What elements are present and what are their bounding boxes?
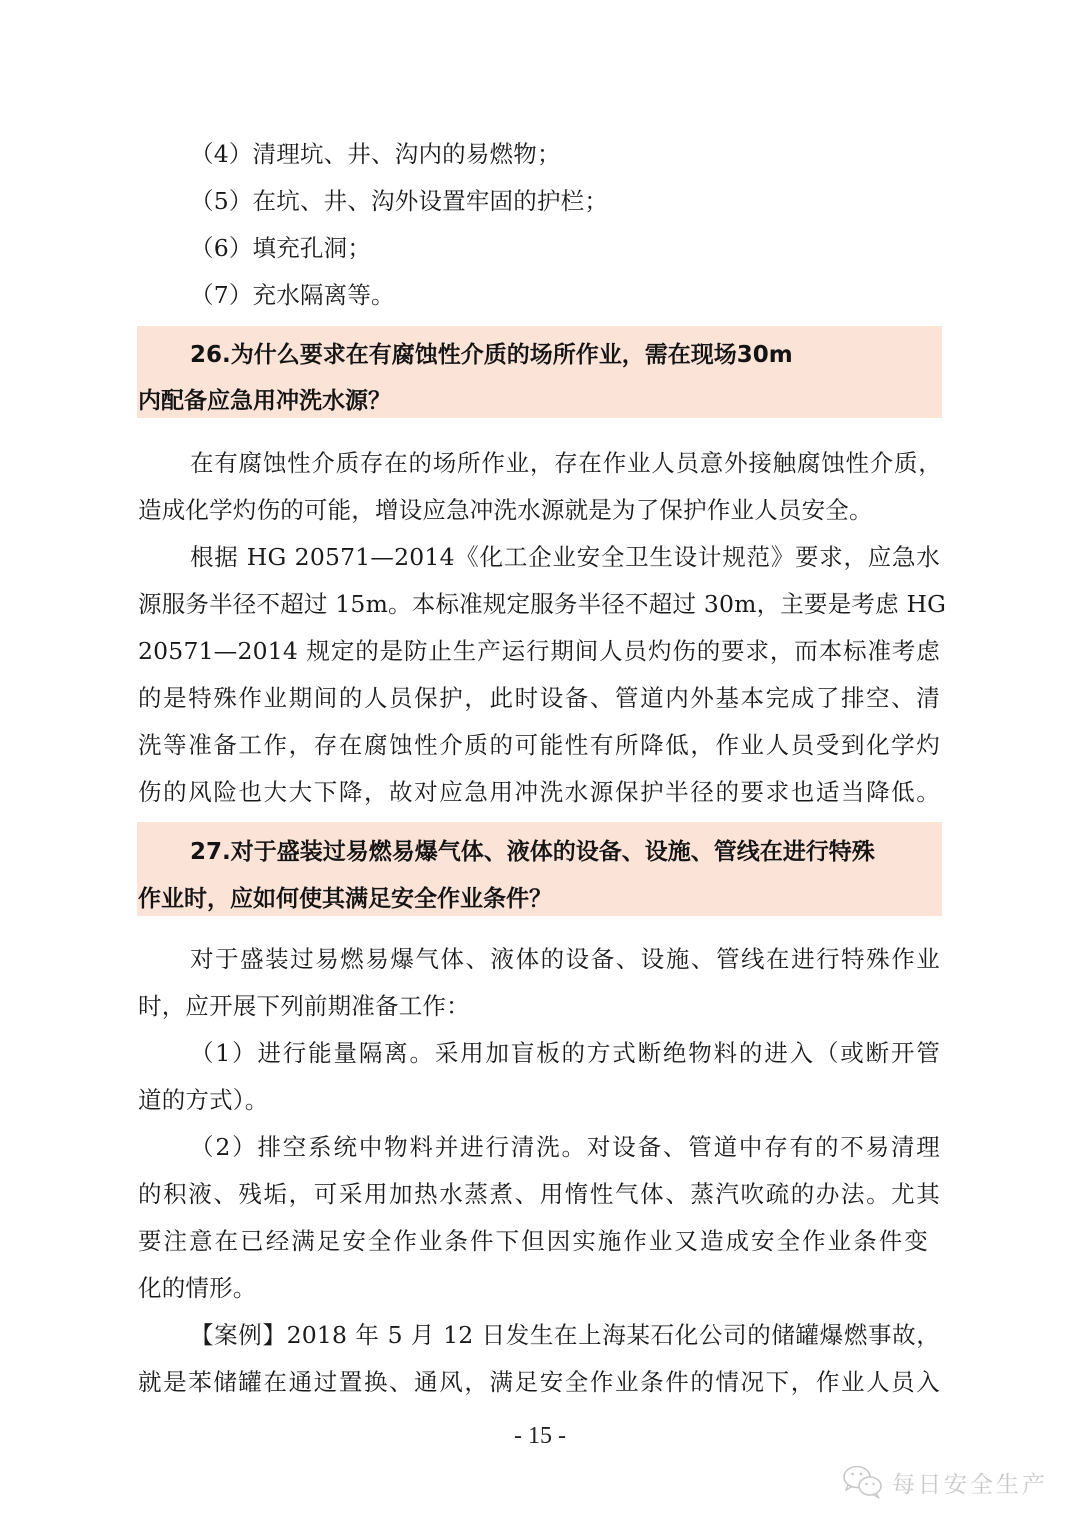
answer-26-p2-line6: 伤的风险也大大下降，故对应急用冲洗水源保护半径的要求也适当降低。 — [138, 777, 940, 807]
watermark: 每日安全生产 — [842, 1462, 1048, 1502]
answer-26-p1-line1: 在有腐蚀性介质存在的场所作业，存在作业人员意外接触腐蚀性介质， — [190, 448, 942, 478]
case-line2: 就是苯储罐在通过置换、通风，满足安全作业条件的情况下，作业人员入 — [138, 1367, 940, 1397]
question-27-heading-line2: 作业时，应如何使其满足安全作业条件？ — [138, 884, 552, 914]
wechat-icon — [842, 1464, 886, 1500]
answer-26-p2-line4: 的是特殊作业期间的人员保护，此时设备、管道内外基本完成了排空、清 — [138, 683, 940, 713]
case-line1: 【案例】2018 年 5 月 12 日发生在上海某石化公司的储罐爆燃事故， — [190, 1320, 940, 1350]
list-item-7: （7）充水隔离等。 — [190, 280, 395, 310]
question-26-heading-line1: 26.为什么要求在有腐蚀性介质的场所作业，需在现场30m — [190, 340, 793, 370]
answer-27-item1-line2: 道的方式）。 — [138, 1085, 268, 1115]
list-item-6: （6）填充孔洞； — [190, 233, 371, 263]
answer-26-p2-line2: 源服务半径不超过 15m。本标准规定服务半径不超过 30m，主要是考虑 HG — [138, 589, 940, 619]
question-27-heading-line1: 27.对于盛装过易燃易爆气体、液体的设备、设施、管线在进行特殊 — [190, 837, 875, 867]
watermark-text: 每日安全生产 — [892, 1466, 1048, 1499]
answer-26-p2-line3: 20571—2014 规定的是防止生产运行期间人员灼伤的要求，而本标准考虑 — [138, 636, 940, 666]
answer-27-item2-line3: 要注意在已经满足安全作业条件下但因实施作业又造成安全作业条件变 — [138, 1226, 928, 1256]
answer-27-item2-line2: 的积液、残垢，可采用加热水蒸煮、用惰性气体、蒸汽吹疏的办法。尤其 — [138, 1179, 940, 1209]
answer-27-intro-line1: 对于盛装过易燃易爆气体、液体的设备、设施、管线在进行特殊作业 — [190, 944, 940, 974]
answer-26-p2-line1: 根据 HG 20571—2014《化工企业安全卫生设计规范》要求，应急水 — [190, 542, 940, 572]
answer-27-intro-line2: 时，应开展下列前期准备工作： — [138, 991, 470, 1021]
list-item-5: （5）在坑、井、沟外设置牢固的护栏； — [190, 186, 608, 216]
page-number: - 15 - — [0, 1421, 1080, 1451]
answer-26-p2-line5: 洗等准备工作，存在腐蚀性介质的可能性有所降低，作业人员受到化学灼 — [138, 730, 940, 760]
answer-27-item2-line4: 化的情形。 — [138, 1273, 257, 1303]
answer-26-p1-line2: 造成化学灼伤的可能，增设应急冲洗水源就是为了保护作业人员安全。 — [138, 495, 873, 525]
answer-27-item2-line1: （2）排空系统中物料并进行清洗。对设备、管道中存有的不易清理 — [190, 1132, 940, 1162]
answer-27-item1-line1: （1）进行能量隔离。采用加盲板的方式断绝物料的进入（或断开管 — [190, 1038, 940, 1068]
list-item-4: （4）清理坑、井、沟内的易燃物； — [190, 139, 561, 169]
document-page: （4）清理坑、井、沟内的易燃物； （5）在坑、井、沟外设置牢固的护栏； （6）填… — [0, 0, 1080, 1528]
question-26-heading-line2: 内配备应急用冲洗水源？ — [138, 386, 391, 416]
